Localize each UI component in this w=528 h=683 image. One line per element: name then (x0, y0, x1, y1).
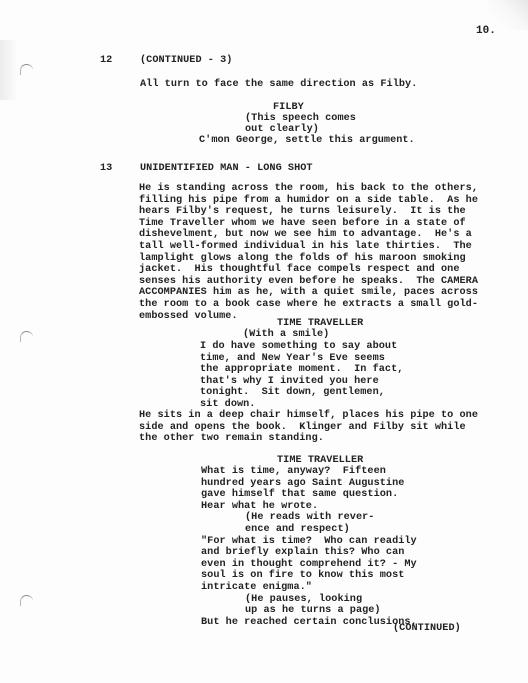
dialogue-line: sit down. (200, 399, 255, 411)
dialogue-line: What is time, anyway? Fifteen (201, 466, 386, 478)
dialogue-line: hundred years ago Saint Augustine (201, 478, 404, 490)
dialogue-line: soul is on fire to know this most (201, 570, 404, 582)
dialogue-line: time, and New Year's Eve seems (200, 353, 385, 365)
action-line: tall well-formed individual in his late … (139, 241, 472, 253)
character-name: FILBY (273, 102, 304, 114)
scene-heading: (CONTINUED - 3) (140, 55, 232, 67)
parenthetical: ence and respect) (245, 524, 350, 536)
dialogue-line: the appropriate moment. In fact, (200, 364, 403, 376)
script-page: 10. 12 (CONTINUED - 3) All turn to face … (0, 0, 528, 683)
action-line: senses his authority even before he spea… (139, 276, 478, 288)
dialogue-line: I do have something to say about (200, 341, 397, 353)
dialogue-line: Hear what he wrote. (201, 501, 318, 513)
continued-footer: (CONTINUED) (393, 623, 461, 635)
dialogue-line: C'mon George, settle this argument. (199, 135, 415, 147)
action-line: He sits in a deep chair himself, places … (139, 410, 478, 422)
action-line: Time Traveller whom we have seen before … (139, 218, 466, 230)
parenthetical: out clearly) (245, 124, 319, 136)
action-line: lamplight glows along the folds of his m… (139, 253, 466, 265)
dialogue-line: "For what is time? Who can readily (201, 536, 417, 548)
action-line: He is standing across the room, his back… (139, 183, 478, 195)
dialogue-line: that's why I invited you here (200, 376, 379, 388)
action-line: hears Filby's request, he turns leisurel… (139, 206, 466, 218)
parenthetical: (This speech comes (245, 113, 356, 125)
action-line: jacket. His thoughtful face compels resp… (139, 264, 460, 276)
dialogue-line: and briefly explain this? Who can (201, 547, 404, 559)
hole-punch-mark (20, 64, 33, 75)
hole-punch-mark (20, 595, 33, 606)
parenthetical: (He reads with rever- (245, 512, 374, 524)
scene-number: 12 (100, 55, 112, 67)
scene-heading: UNIDENTIFIED MAN - LONG SHOT (140, 163, 313, 175)
action-line: filling his pipe from a humidor on a sid… (139, 195, 478, 207)
action-line: ACCOMPANIES him as he, with a quiet smil… (139, 287, 478, 299)
dialogue-line: even in thought comprehend it? - My (201, 559, 417, 571)
dialogue-line: intricate enigma." (201, 582, 312, 594)
page-edge-shadow-left (0, 40, 18, 100)
hole-punch-mark (20, 331, 33, 342)
dialogue-line: tonight. Sit down, gentlemen, (200, 387, 385, 399)
parenthetical: (He pauses, looking (245, 594, 362, 606)
action-line: side and opens the book. Klinger and Fil… (139, 422, 466, 434)
action-line: the room to a book case where he extract… (139, 299, 478, 311)
page-number: 10. (476, 26, 496, 38)
dialogue-line: But he reached certain conclusions. (201, 617, 417, 629)
action-line: embossed volume. (139, 311, 238, 323)
action-line: All turn to face the same direction as F… (140, 79, 417, 91)
action-line: dishevelment, but now we see him to adva… (139, 229, 472, 241)
parenthetical: (With a smile) (243, 329, 329, 341)
character-name: TIME TRAVELLER (277, 318, 363, 330)
character-name: TIME TRAVELLER (277, 455, 363, 467)
action-line: the other two remain standing. (139, 433, 324, 445)
parenthetical: up as he turns a page) (245, 605, 381, 617)
scene-number: 13 (100, 163, 112, 175)
dialogue-line: gave himself that same question. (201, 489, 398, 501)
